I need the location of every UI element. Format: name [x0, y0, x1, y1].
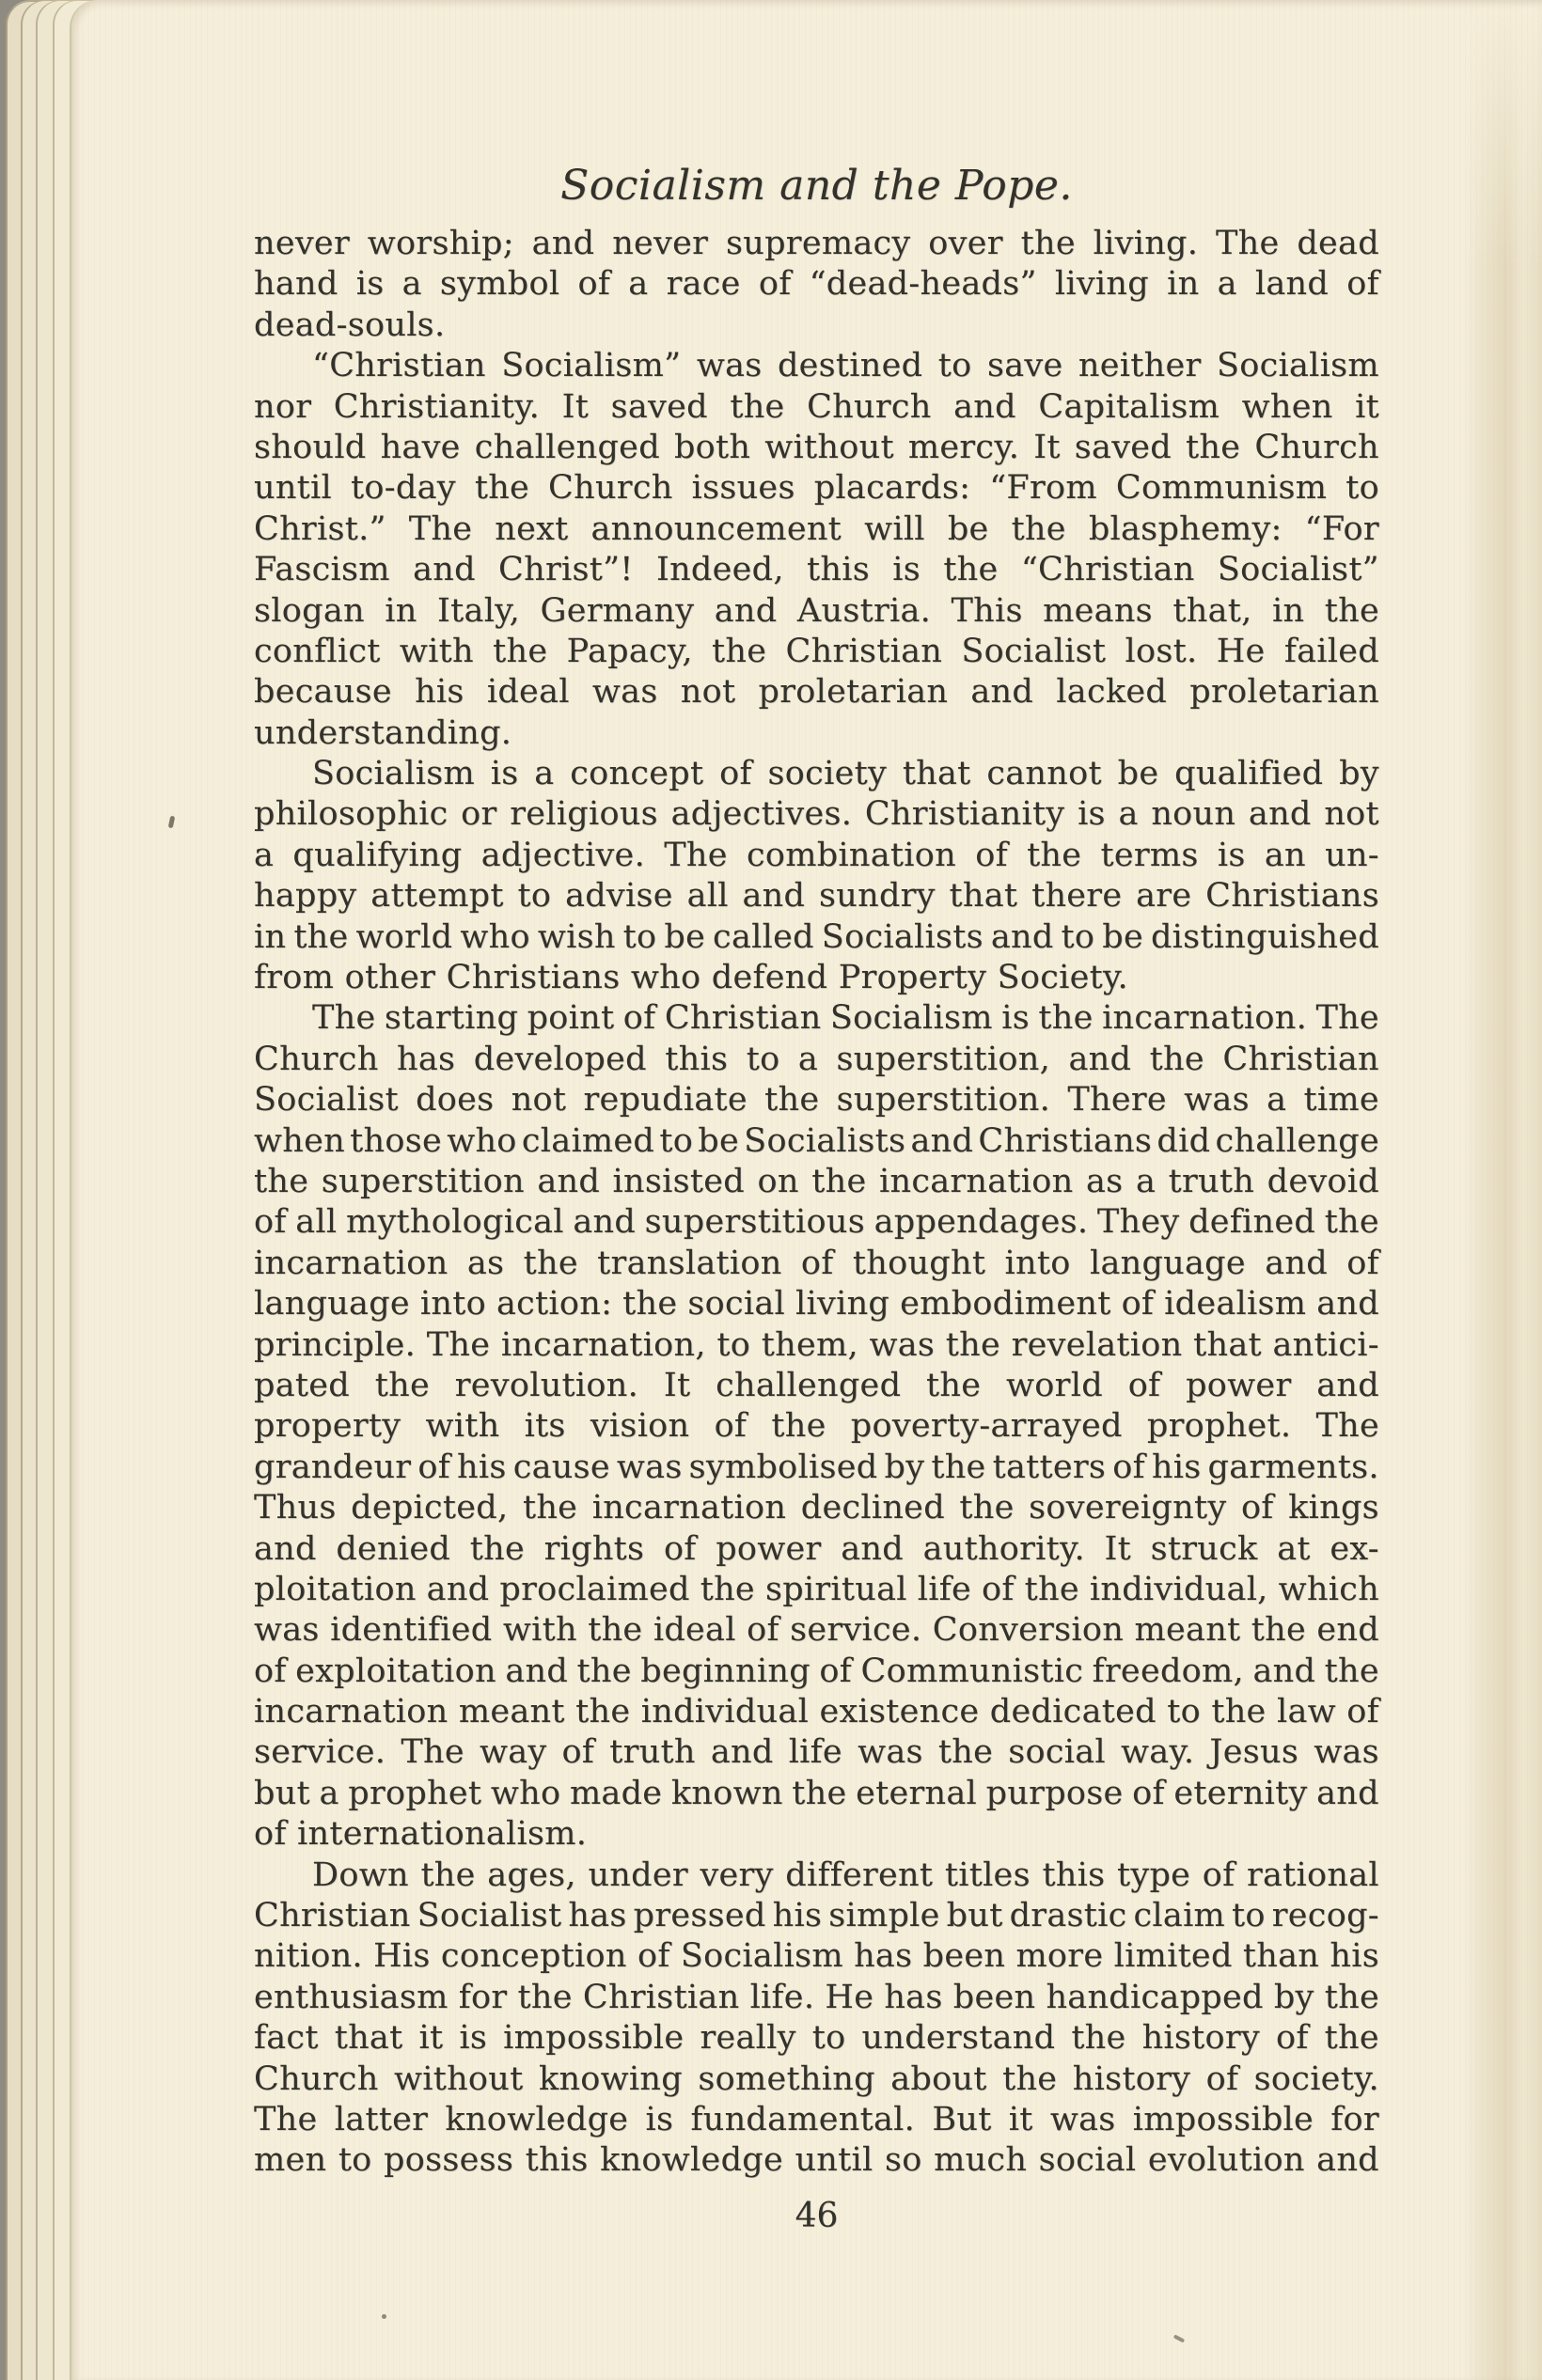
- text-line: Thelatterknowledgeisfundamental.Butitwas…: [254, 2100, 1379, 2140]
- text-line: Churchwithoutknowingsomethingaboutthehis…: [254, 2059, 1379, 2100]
- paragraph: Downtheages,underverydifferenttitlesthis…: [254, 1855, 1379, 2182]
- text-line: principle.Theincarnation,tothem,wasthere…: [254, 1325, 1379, 1366]
- text-line: norChristianity.ItsavedtheChurchandCapit…: [254, 387, 1379, 428]
- text-column: Socialism and the Pope. neverworship;and…: [254, 156, 1379, 2235]
- text-line: ofexploitationandthebeginningofCommunist…: [254, 1652, 1379, 1692]
- text-line: mentopossessthisknowledgeuntilsomuchsoci…: [254, 2140, 1379, 2181]
- text-line: philosophicorreligiousadjectives.Christi…: [254, 794, 1379, 835]
- text-line: sloganinItaly,GermanyandAustria.Thismean…: [254, 591, 1379, 632]
- text-line: whenthosewhoclaimedtobeSocialistsandChri…: [254, 1121, 1379, 1162]
- text-line: ofallmythologicalandsuperstitiousappenda…: [254, 1202, 1379, 1243]
- text-line: handisasymbolofaraceof“dead-heads”living…: [254, 264, 1379, 305]
- paragraph: “ChristianSocialism”wasdestinedtosavenei…: [254, 346, 1379, 754]
- text-line: enthusiasmfortheChristianlife.Hehasbeenh…: [254, 1978, 1379, 2018]
- text-line: aqualifyingadjective.Thecombinationofthe…: [254, 836, 1379, 876]
- text-line: untilto-daytheChurchissuesplacards:“From…: [254, 468, 1379, 509]
- page-number: 46: [254, 2197, 1379, 2235]
- text-line: ploitationandproclaimedthespirituallifeo…: [254, 1570, 1379, 1610]
- text-line: conflictwiththePapacy,theChristianSocial…: [254, 632, 1379, 672]
- text-line: understanding.: [254, 713, 1379, 754]
- text-line: of internationalism.: [254, 1814, 1379, 1855]
- text-line: wasidentifiedwiththeidealofservice.Conve…: [254, 1610, 1379, 1651]
- text-line: Churchhasdevelopedthistoasuperstition,an…: [254, 1040, 1379, 1080]
- paragraph: Socialismisaconceptofsocietythatcannotbe…: [254, 754, 1379, 998]
- text-line: shouldhavechallengedbothwithoutmercy.Its…: [254, 428, 1379, 468]
- text-line: neverworship;andneversupremacyovertheliv…: [254, 224, 1379, 264]
- page-title: Socialism and the Pope.: [254, 156, 1379, 216]
- text-line: intheworldwhowishtobecalledSocialistsand…: [254, 917, 1379, 958]
- text-line: ChristianSocialisthaspressedhissimplebut…: [254, 1896, 1379, 1936]
- text-line: ThestartingpointofChristianSocialismisth…: [254, 998, 1379, 1039]
- text-line: patedtherevolution.Itchallengedtheworldo…: [254, 1366, 1379, 1406]
- text-line: Christ.”Thenextannouncementwillbetheblas…: [254, 509, 1379, 550]
- body-text: neverworship;andneversupremacyovertheliv…: [254, 216, 1379, 2182]
- scan-speck: [1173, 2334, 1185, 2342]
- text-line: Socialistdoesnotrepudiatethesuperstition…: [254, 1080, 1379, 1120]
- text-line: dead-souls.: [254, 305, 1379, 346]
- text-line: propertywithitsvisionofthepoverty-arraye…: [254, 1406, 1379, 1447]
- paragraph: ThestartingpointofChristianSocialismisth…: [254, 998, 1379, 1855]
- text-line: Socialismisaconceptofsocietythatcannotbe…: [254, 754, 1379, 794]
- text-line: grandeurofhiscausewassymbolisedbythetatt…: [254, 1448, 1379, 1488]
- text-line: languageintoaction:thesociallivingembodi…: [254, 1284, 1379, 1324]
- text-line: nition.HisconceptionofSocialismhasbeenmo…: [254, 1936, 1379, 1977]
- text-line: anddeniedtherightsofpowerandauthority.It…: [254, 1529, 1379, 1570]
- text-line: Thusdepicted,theincarnationdeclinedtheso…: [254, 1488, 1379, 1528]
- text-line: becausehisidealwasnotproletarianandlacke…: [254, 672, 1379, 712]
- text-line: thesuperstitionandinsistedontheincarnati…: [254, 1162, 1379, 1202]
- text-line: “ChristianSocialism”wasdestinedtosavenei…: [254, 346, 1379, 386]
- scan-speck: [168, 816, 176, 829]
- text-line: incarnationmeanttheindividualexistencede…: [254, 1692, 1379, 1732]
- text-line: service.Thewayoftruthandlifewasthesocial…: [254, 1732, 1379, 1773]
- page-fold-shadow: [1464, 0, 1542, 2380]
- paragraph: neverworship;andneversupremacyovertheliv…: [254, 224, 1379, 346]
- text-line: Downtheages,underverydifferenttitlesthis…: [254, 1855, 1379, 1896]
- text-line: factthatitisimpossiblereallytounderstand…: [254, 2018, 1379, 2059]
- text-line: butaprophetwhomadeknowntheeternalpurpose…: [254, 1774, 1379, 1814]
- text-line: happyattempttoadviseallandsundrythatther…: [254, 876, 1379, 916]
- book-page: Socialism and the Pope. neverworship;and…: [70, 0, 1542, 2380]
- text-line: incarnationasthetranslationofthoughtinto…: [254, 1244, 1379, 1284]
- text-line: from other Christians who defend Propert…: [254, 958, 1379, 998]
- text-line: FascismandChrist”!Indeed,thisisthe“Chris…: [254, 550, 1379, 590]
- scan-speck: [382, 2314, 386, 2319]
